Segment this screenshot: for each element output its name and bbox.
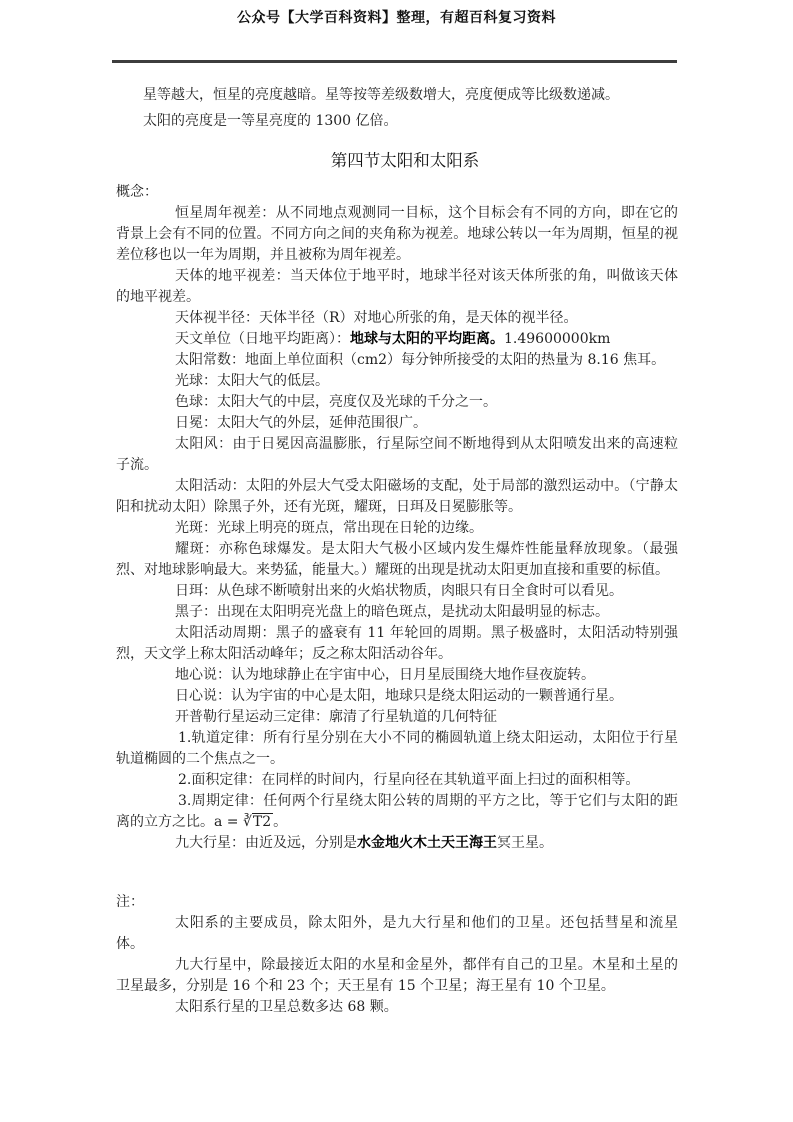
text-run: 3.周期定律：任何两个行星绕太阳公转的周期的平方之比，等于它们与太阳的距离的立方… — [116, 793, 678, 830]
text-run: 太阳的亮度是一等星亮度的 1300 亿倍。 — [143, 113, 398, 129]
text-run: 天体的地平视差：当天体位于地平时，地球半径对该天体所张的角，叫做该天体的地平视差… — [116, 268, 678, 305]
text-run: 地心说：认为地球静止在宇宙中心，日月星辰围绕大地作昼夜旋转。 — [175, 667, 595, 683]
text-run: 2.面积定律：在同样的时间内，行星向径在其轨道平面上扫过的面积相等。 — [178, 772, 639, 788]
cube-root-icon: ∛ — [243, 814, 252, 830]
text-run: 冥王星。 — [497, 835, 553, 851]
paragraph: 天体的地平视差：当天体位于地平时，地球半径对该天体所张的角，叫做该天体的地平视差… — [116, 266, 678, 308]
paragraph: 光斑：光球上明亮的斑点，常出现在日轮的边缘。 — [116, 518, 678, 539]
radicand-text: T2 — [252, 813, 273, 830]
text-run: 太阳常数：地面上单位面积（cm2）每分钟所接受的太阳的热量为 8.16 焦耳。 — [175, 352, 665, 368]
paragraph: 恒星周年视差：从不同地点观测同一目标，这个目标会有不同的方向，即在它的背景上会有… — [116, 203, 678, 266]
text-run: 1.49600000km — [504, 331, 610, 347]
text-run: 太阳活动周期：黑子的盛衰有 11 年轮回的周期。黑子极盛时，太阳活动特别强烈，天… — [116, 625, 678, 662]
paragraph: 地心说：认为地球静止在宇宙中心，日月星辰围绕大地作昼夜旋转。 — [116, 665, 678, 686]
bold-text-run: 地球与太阳的平均距离。 — [350, 331, 504, 347]
concepts-label: 概念： — [116, 182, 678, 203]
text-run: 太阳风：由于日冕因高温膨胀，行星际空间不断地得到从太阳喷发出来的高速粒子流。 — [116, 436, 678, 473]
text-run: 太阳系的主要成员，除太阳外，是九大行星和他们的卫星。还包括彗星和流星体。 — [116, 915, 678, 952]
paragraph: 太阳系的主要成员，除太阳外，是九大行星和他们的卫星。还包括彗星和流星体。 — [116, 913, 678, 955]
paragraph: 太阳常数：地面上单位面积（cm2）每分钟所接受的太阳的热量为 8.16 焦耳。 — [116, 350, 678, 371]
paragraph: 太阳的亮度是一等星亮度的 1300 亿倍。 — [116, 108, 678, 134]
paragraph: 3.周期定律：任何两个行星绕太阳公转的周期的平方之比，等于它们与太阳的距离的立方… — [116, 791, 678, 833]
notes-label: 注： — [116, 892, 678, 913]
text-run: 九大行星：由近及远，分别是 — [175, 835, 357, 851]
paragraph: 1.轨道定律：所有行星分别在大小不同的椭圆轨道上绕太阳运动，太阳位于行星轨道椭圆… — [116, 728, 678, 770]
paragraph: 耀斑：亦称色球爆发。是太阳大气极小区域内发生爆炸性能量释放现象。（最强烈、对地球… — [116, 539, 678, 581]
paragraph: 星等越大，恒星的亮度越暗。星等按等差级数增大，亮度便成等比级数递减。 — [116, 82, 678, 108]
paragraph: 天体视半径：天体半径（R）对地心所张的角，是天体的视半径。 — [116, 308, 678, 329]
paragraph: 日冕：太阳大气的外层，延伸范围很广。 — [116, 413, 678, 434]
document-page: 公众号【大学百科资料】整理，有超百科复习资料 星等越大，恒星的亮度越暗。星等按等… — [0, 0, 793, 1122]
paragraph: 开普勒行星运动三定律：廓清了行星轨道的几何特征 — [116, 707, 678, 728]
paragraph: 2.面积定律：在同样的时间内，行星向径在其轨道平面上扫过的面积相等。 — [116, 770, 678, 791]
text-run: 日心说：认为宇宙的中心是太阳，地球只是绕太阳运动的一颗普通行星。 — [175, 688, 623, 704]
section-title: 第四节太阳和太阳系 — [116, 148, 678, 174]
paragraph: 光球：太阳大气的低层。 — [116, 371, 678, 392]
text-run: 九大行星中，除最接近太阳的水星和金星外，都伴有自己的卫星。木星和土星的卫星最多，… — [116, 957, 678, 994]
paragraph: 天文单位（日地平均距离）：地球与太阳的平均距离。1.49600000km — [116, 329, 678, 350]
text-run: 天体视半径：天体半径（R）对地心所张的角，是天体的视半径。 — [175, 310, 578, 326]
paragraph: 黑子：出现在太阳明亮光盘上的暗色斑点，是扰动太阳最明显的标志。 — [116, 602, 678, 623]
text-run: 色球：太阳大气的中层，亮度仅及光球的千分之一。 — [175, 394, 497, 410]
paragraph: 日心说：认为宇宙的中心是太阳，地球只是绕太阳运动的一颗普通行星。 — [116, 686, 678, 707]
paragraph: 九大行星中，除最接近太阳的水星和金星外，都伴有自己的卫星。木星和土星的卫星最多，… — [116, 955, 678, 997]
text-run: 光球：太阳大气的低层。 — [175, 373, 329, 389]
text-run: 1.轨道定律：所有行星分别在大小不同的椭圆轨道上绕太阳运动，太阳位于行星轨道椭圆… — [116, 730, 678, 767]
text-run: 太阳活动：太阳的外层大气受太阳磁场的支配，处于局部的激烈运动中。（宁静太阳和扰动… — [116, 478, 678, 515]
paragraph: 九大行星：由近及远，分别是水金地火木土天王海王冥王星。 — [116, 833, 678, 854]
notes-section: 注： 太阳系的主要成员，除太阳外，是九大行星和他们的卫星。还包括彗星和流星体。九… — [116, 892, 678, 1018]
paragraph: 日珥：从色球不断喷射出来的火焰状物质，肉眼只有日全食时可以看见。 — [116, 581, 678, 602]
text-run: 光斑：光球上明亮的斑点，常出现在日轮的边缘。 — [175, 520, 483, 536]
concepts-section: 恒星周年视差：从不同地点观测同一目标，这个目标会有不同的方向，即在它的背景上会有… — [116, 203, 678, 854]
paragraph: 太阳风：由于日冕因高温膨胀，行星际空间不断地得到从太阳喷发出来的高速粒子流。 — [116, 434, 678, 476]
page-header-text: 公众号【大学百科资料】整理，有超百科复习资料 — [0, 7, 793, 27]
text-run: 开普勒行星运动三定律：廓清了行星轨道的几何特征 — [175, 709, 497, 725]
cube-root-formula: ∛T2 — [243, 813, 273, 830]
document-body: 星等越大，恒星的亮度越暗。星等按等差级数增大，亮度便成等比级数递减。太阳的亮度是… — [116, 82, 678, 1018]
paragraph: 太阳活动：太阳的外层大气受太阳磁场的支配，处于局部的激烈运动中。（宁静太阳和扰动… — [116, 476, 678, 518]
paragraph: 太阳系行星的卫星总数多达 68 颗。 — [116, 997, 678, 1018]
header-divider-line — [112, 60, 677, 63]
notes-paragraphs: 太阳系的主要成员，除太阳外，是九大行星和他们的卫星。还包括彗星和流星体。九大行星… — [116, 913, 678, 1018]
paragraph: 太阳活动周期：黑子的盛衰有 11 年轮回的周期。黑子极盛时，太阳活动特别强烈，天… — [116, 623, 678, 665]
paragraph: 色球：太阳大气的中层，亮度仅及光球的千分之一。 — [116, 392, 678, 413]
text-run: 恒星周年视差：从不同地点观测同一目标，这个目标会有不同的方向，即在它的背景上会有… — [116, 205, 678, 263]
text-run: 。 — [273, 814, 287, 830]
text-run: 太阳系行星的卫星总数多达 68 颗。 — [175, 999, 398, 1015]
text-run: 星等越大，恒星的亮度越暗。星等按等差级数增大，亮度便成等比级数递减。 — [143, 87, 619, 103]
intro-section: 星等越大，恒星的亮度越暗。星等按等差级数增大，亮度便成等比级数递减。太阳的亮度是… — [116, 82, 678, 134]
text-run: 天文单位（日地平均距离）： — [175, 331, 350, 347]
text-run: 日珥：从色球不断喷射出来的火焰状物质，肉眼只有日全食时可以看见。 — [175, 583, 623, 599]
text-run: 日冕：太阳大气的外层，延伸范围很广。 — [175, 415, 427, 431]
bold-text-run: 水金地火木土天王海王 — [357, 835, 497, 851]
text-run: 耀斑：亦称色球爆发。是太阳大气极小区域内发生爆炸性能量释放现象。（最强烈、对地球… — [116, 541, 678, 578]
text-run: 黑子：出现在太阳明亮光盘上的暗色斑点，是扰动太阳最明显的标志。 — [175, 604, 609, 620]
